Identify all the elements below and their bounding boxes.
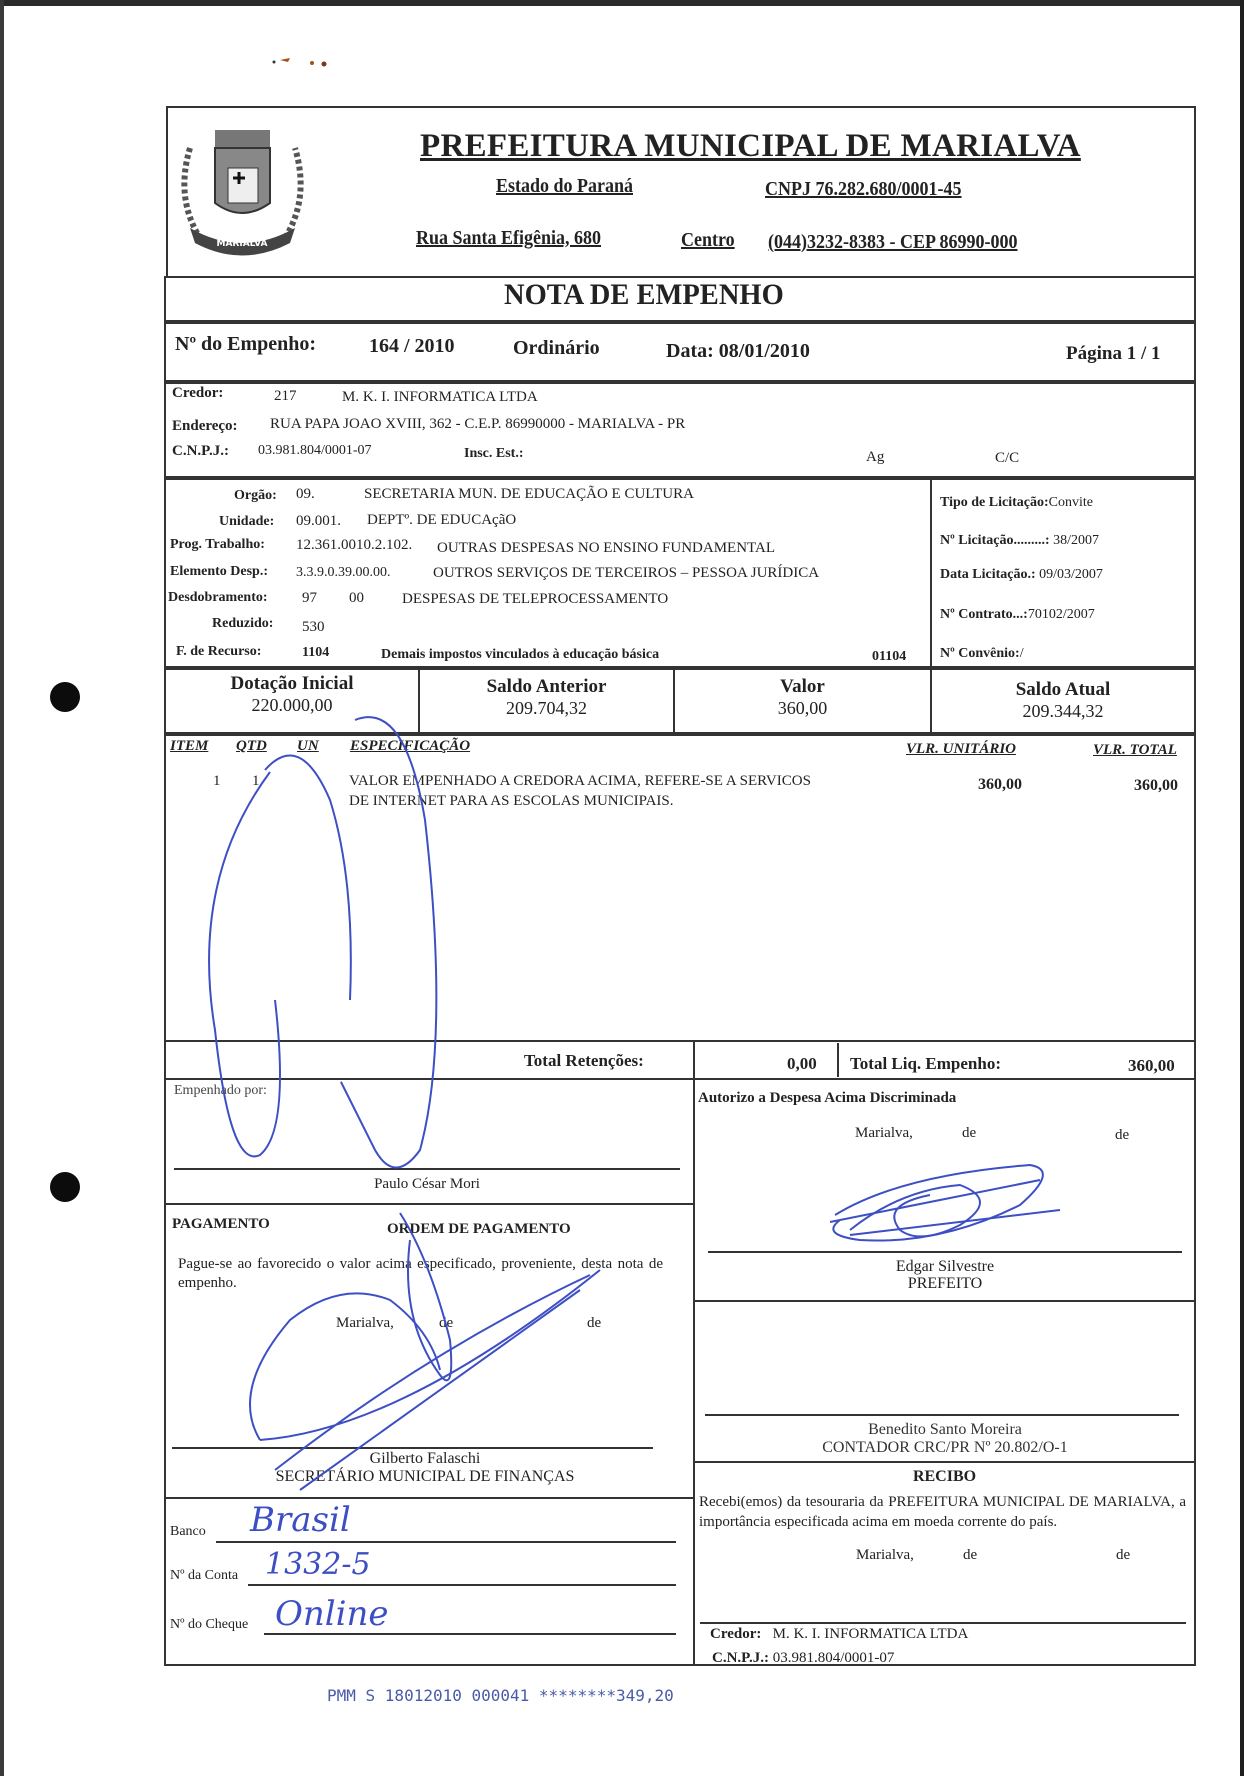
divider (164, 320, 1196, 324)
recibo-credor: Credor: M. K. I. INFORMATICA LTDA (710, 1626, 968, 1643)
desdobramento-code2: 00 (349, 590, 364, 607)
header-state: Estado do Paraná (496, 175, 633, 198)
licitacao-tipo-label: Tipo de Licitação: (940, 495, 1049, 510)
elemento-code: 3.3.9.0.39.00.00. (296, 565, 391, 581)
header-district: Centro (681, 229, 735, 252)
svg-text:MARIALVA: MARIALVA (217, 239, 268, 249)
elemento-label: Elemento Desp.: (170, 564, 268, 580)
liquido-value: 360,00 (1128, 1056, 1175, 1076)
col-header-un: UN (297, 738, 319, 755)
divider (164, 732, 1196, 736)
liquido-label: Total Liq. Empenho: (850, 1054, 1001, 1074)
licitacao-data: Data Licitação.: 09/03/2007 (940, 567, 1103, 583)
scan-edge-left (0, 0, 4, 1776)
recibo-credor-value: M. K. I. INFORMATICA LTDA (773, 1626, 969, 1642)
cheque-field[interactable]: Online (275, 1594, 389, 1634)
divider (164, 380, 1196, 384)
row-item: 1 (213, 773, 221, 790)
pagamento-role: SECRETÁRIO MUNICIPAL DE FINANÇAS (160, 1468, 690, 1486)
licitacao-contrato-label: Nº Contrato...: (940, 607, 1028, 622)
licitacao-numero-label: Nº Licitação.........: (940, 533, 1053, 548)
licitacao-contrato-value: 70102/2007 (1028, 607, 1095, 622)
pagamento-de1: de (439, 1315, 453, 1332)
divider (693, 1041, 695, 1079)
pagamento-city: Marialva, (336, 1315, 394, 1332)
balance-value: 360,00 (675, 698, 930, 719)
recibo-text: Recebi(emos) da tesouraria da PREFEITURA… (699, 1492, 1186, 1532)
desdobramento-code1: 97 (302, 590, 317, 607)
recibo-de1: de (963, 1547, 977, 1564)
row-spec-line2: DE INTERNET PARA AS ESCOLAS MUNICIPAIS. (349, 793, 674, 810)
licitacao-data-label: Data Licitação.: (940, 567, 1039, 582)
elemento-name: OUTROS SERVIÇOS DE TERCEIROS – PESSOA JU… (433, 565, 819, 582)
empenhado-signer: Paulo César Mori (174, 1176, 680, 1193)
recibo-cnpj-label: C.N.P.J.: (712, 1650, 769, 1666)
credor-address-label: Endereço: (172, 418, 238, 435)
scan-edge-right (1240, 0, 1244, 1776)
col-header-especificacao: ESPECIFICAÇÃO (350, 738, 470, 755)
balance-value: 209.344,32 (932, 701, 1194, 722)
recibo-title: RECIBO (693, 1468, 1196, 1486)
signature-line (708, 1251, 1182, 1253)
retencoes-value: 0,00 (787, 1054, 817, 1074)
autorizo-signer: Edgar Silvestre (700, 1258, 1190, 1275)
municipal-coat-of-arms-icon: MARIALVA (170, 108, 315, 263)
credor-code: 217 (274, 388, 297, 405)
document-title: NOTA DE EMPENHO (504, 278, 784, 312)
recibo-de2: de (1116, 1547, 1130, 1564)
header-title: PREFEITURA MUNICIPAL DE MARIALVA (420, 128, 1081, 165)
payment-stamp: PMM S 18012010 000041 ********349,20 (327, 1686, 674, 1705)
autorizo-city: Marialva, (855, 1125, 913, 1142)
contador-role: CONTADOR CRC/PR Nº 20.802/O-1 (700, 1439, 1190, 1457)
orgao-name: SECRETARIA MUN. DE EDUCAÇÃO E CULTURA (364, 486, 694, 503)
empenho-number-label: Nº do Empenho: (175, 333, 316, 356)
recibo-cnpj-value: 03.981.804/0001-07 (773, 1650, 895, 1666)
scan-specks (250, 50, 350, 70)
balance-valor: Valor 360,00 (675, 676, 930, 719)
signature-line (172, 1447, 653, 1449)
balance-label: Valor (675, 676, 930, 698)
recurso-label: F. de Recurso: (176, 644, 261, 660)
unidade-label: Unidade: (219, 514, 274, 530)
recurso-code2: 01104 (872, 649, 906, 665)
licitacao-numero: Nº Licitação.........: 38/2007 (940, 533, 1099, 549)
reduzido-label: Reduzido: (212, 616, 273, 632)
retencoes-label: Total Retenções: (524, 1051, 644, 1071)
licitacao-convenio-value: / (1020, 646, 1024, 661)
orgao-label: Orgão: (234, 488, 277, 504)
autorizo-title: Autorizo a Despesa Acima Discriminada (698, 1090, 956, 1107)
header-address: Rua Santa Efigênia, 680 (416, 227, 601, 250)
prog-trabalho-code: 12.361.0010.2.102. (296, 537, 412, 554)
licitacao-tipo: Tipo de Licitação:Convite (940, 495, 1093, 511)
autorizo-role: PREFEITO (700, 1275, 1190, 1292)
punch-hole-bottom (50, 1172, 80, 1202)
empenho-date: Data: 08/01/2010 (666, 340, 810, 363)
row-vlr-unitario: 360,00 (978, 776, 1022, 794)
credor-name: M. K. I. INFORMATICA LTDA (342, 389, 538, 406)
divider (164, 476, 1196, 480)
col-header-vlr-total: VLR. TOTAL (1093, 742, 1177, 759)
row-spec-line1: VALOR EMPENHADO A CREDORA ACIMA, REFERE-… (349, 773, 811, 790)
scan-edge-top (0, 0, 1244, 6)
divider (164, 1040, 1196, 1042)
signature-line (705, 1414, 1179, 1416)
banco-field[interactable]: Brasil (250, 1500, 351, 1540)
account-label: C/C (995, 450, 1019, 467)
conta-field-line (248, 1584, 676, 1586)
recibo-credor-label: Credor: (710, 1626, 761, 1642)
balance-label: Saldo Anterior (420, 676, 673, 698)
divider (693, 1300, 1196, 1302)
orgao-code: 09. (296, 486, 315, 503)
recurso-code: 1104 (302, 645, 329, 661)
empenho-type: Ordinário (513, 337, 600, 360)
licitacao-data-value: 09/03/2007 (1039, 567, 1103, 582)
divider (837, 1043, 839, 1077)
ordem-pagamento-title: ORDEM DE PAGAMENTO (387, 1221, 571, 1238)
reduzido-value: 530 (302, 619, 325, 636)
credor-cnpj-label: C.N.P.J.: (172, 443, 229, 460)
prog-trabalho-label: Prog. Trabalho: (170, 537, 265, 553)
divider (164, 1078, 1196, 1080)
conta-label: Nº da Conta (170, 1568, 238, 1584)
credor-cnpj: 03.981.804/0001-07 (258, 443, 372, 459)
conta-field[interactable]: 1332-5 (265, 1547, 371, 1582)
unidade-code: 09.001. (296, 513, 341, 530)
pagamento-signature-block: Gilberto Falaschi SECRETÁRIO MUNICIPAL D… (160, 1450, 690, 1486)
pagamento-title: PAGAMENTO (172, 1216, 270, 1233)
banco-label: Banco (170, 1524, 206, 1540)
divider (930, 478, 932, 668)
page-number: Página 1 / 1 (1066, 343, 1160, 365)
balance-value: 209.704,32 (420, 698, 673, 719)
balance-dotacao: Dotação Inicial 220.000,00 (166, 673, 418, 716)
licitacao-tipo-value: Convite (1049, 495, 1093, 510)
pagamento-de2: de (587, 1315, 601, 1332)
header-phone-cep: (044)3232-8383 - CEP 86990-000 (768, 231, 1017, 254)
banco-field-line (216, 1541, 676, 1543)
divider (693, 1461, 1196, 1463)
credor-address: RUA PAPA JOAO XVIII, 362 - C.E.P. 869900… (270, 416, 685, 433)
contador-signer: Benedito Santo Moreira (700, 1421, 1190, 1439)
balance-saldo-atual: Saldo Atual 209.344,32 (932, 679, 1194, 722)
insc-est-label: Insc. Est.: (464, 446, 524, 462)
agency-label: Ag (866, 449, 884, 466)
recibo-cnpj: C.N.P.J.: 03.981.804/0001-07 (712, 1650, 894, 1667)
balance-saldo-anterior: Saldo Anterior 209.704,32 (420, 676, 673, 719)
licitacao-numero-value: 38/2007 (1053, 533, 1099, 548)
credor-label: Credor: (172, 385, 223, 402)
header-cnpj: CNPJ 76.282.680/0001-45 (765, 178, 961, 201)
balance-label: Dotação Inicial (166, 673, 418, 695)
balance-value: 220.000,00 (166, 695, 418, 716)
licitacao-contrato: Nº Contrato...:70102/2007 (940, 607, 1095, 623)
signature-line (174, 1168, 680, 1170)
divider (164, 666, 1196, 670)
pagamento-signer: Gilberto Falaschi (160, 1450, 690, 1468)
pagamento-text: Pague-se ao favorecido o valor acima esp… (178, 1255, 663, 1293)
autorizo-de2: de (1115, 1127, 1129, 1144)
desdobramento-label: Desdobramento: (168, 590, 268, 606)
autorizo-de1: de (962, 1125, 976, 1142)
col-header-vlr-unitario: VLR. UNITÁRIO (906, 741, 1016, 758)
punch-hole-top (50, 682, 80, 712)
balance-label: Saldo Atual (932, 679, 1194, 701)
divider (164, 1497, 694, 1499)
contador-signature-block: Benedito Santo Moreira CONTADOR CRC/PR N… (700, 1421, 1190, 1457)
recibo-city: Marialva, (856, 1547, 914, 1564)
divider (164, 1203, 694, 1205)
desdobramento-name: DESPESAS DE TELEPROCESSAMENTO (402, 591, 668, 608)
cheque-label: Nº do Cheque (170, 1617, 248, 1633)
col-header-item: ITEM (170, 738, 208, 755)
autorizo-signature-block: Edgar Silvestre PREFEITO (700, 1258, 1190, 1292)
licitacao-convenio-label: Nº Convênio: (940, 646, 1020, 661)
signature-line (700, 1622, 1186, 1624)
unidade-name: DEPTº. DE EDUCAçãO (367, 512, 516, 529)
row-vlr-total: 360,00 (1134, 777, 1178, 795)
divider (693, 1079, 695, 1666)
recurso-name: Demais impostos vinculados à educação bá… (381, 647, 659, 663)
col-header-qtd: QTD (236, 738, 267, 755)
empenhado-label: Empenhado por: (174, 1083, 267, 1099)
row-qtd: 1 (252, 773, 260, 790)
licitacao-convenio: Nº Convênio:/ (940, 646, 1024, 662)
prog-trabalho-name: OUTRAS DESPESAS NO ENSINO FUNDAMENTAL (437, 540, 775, 557)
empenho-number: 164 / 2010 (369, 335, 455, 358)
